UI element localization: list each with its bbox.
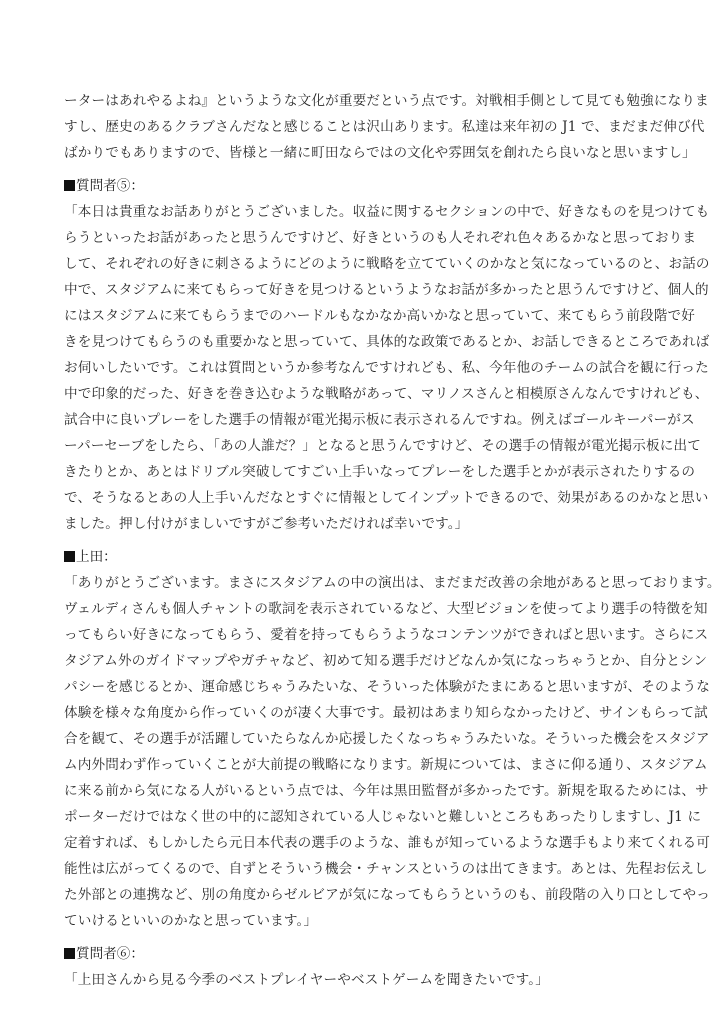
document-page: ーターはあれやるよね』というような文化が重要だという点です。対戦相手側として見て… [64, 88, 664, 993]
text-line: ーターはあれやるよね』というような文化が重要だという点です。対戦相手側として見て… [64, 88, 664, 114]
speaker-heading: 質問者⑥： [64, 941, 664, 967]
text-line: パシーを感じるとか、運命感じちゃうみたいな、そういった体験がたまにあると思います… [64, 674, 664, 700]
text-line: すし、歴史のあるクラブさんだなと感じることは沢山あります。私達は来年初の J1 … [64, 114, 664, 140]
speaker-label: 質問者⑤： [76, 178, 144, 194]
text-line: で、そうなるとあの人上手いんだなとすぐに情報としてインプットできるので、効果があ… [64, 485, 664, 511]
ueda-answer-section: 上田： 「ありがとうございます。まさにスタジアムの中の演出は、まだまだ改善の余地… [64, 544, 664, 934]
text-line: ばかりでもありますので、皆様と一緒に町田ならではの文化や雰囲気を創れたら良いなと… [64, 140, 664, 166]
speaker-heading: 質問者⑤： [64, 173, 664, 199]
speaker-heading: 上田： [64, 544, 664, 570]
text-line: らうといったお話があったと思うんですけど、好きというのも人それぞれ色々あるかなと… [64, 225, 664, 251]
text-line: ってもらい好きになってもらう、愛着を持ってもらうようなコンテンツができればと思い… [64, 622, 664, 648]
text-line: お伺いしたいです。これは質問というか参考なんですけれども、私、今年他のチームの試… [64, 355, 664, 381]
text-line: 「上田さんから見る今季のベストプレイヤーやベストゲームを聞きたいです。」 [64, 967, 664, 993]
text-line: ム内外問わず作っていくことが大前提の戦略になります。新規については、まさに仰る通… [64, 752, 664, 778]
speaker-label: 質問者⑥： [76, 946, 144, 962]
text-line: きたりとか、あとはドリブル突破してすごい上手いなってプレーをした選手とかが表示さ… [64, 459, 664, 485]
text-line: にはスタジアムに来てもらうまでのハードルもなかなか高いかなと思っていて、来てもら… [64, 303, 664, 329]
spacer [64, 934, 664, 941]
text-line: 試合中に良いプレーをした選手の情報が電光掲示板に表示されるんですね。例えばゴール… [64, 407, 664, 433]
spacer [64, 537, 664, 544]
text-line: ーパーセーブをしたら、「あの人誰だ？」となると思うんですけど、その選手の情報が電… [64, 433, 664, 459]
black-square-icon [64, 180, 75, 191]
text-line: 定着すれば、もしかしたら元日本代表の選手のような、誰もが知っているような選手もよ… [64, 830, 664, 856]
text-line: ました。押し付けがましいですがご参考いただければ幸いです。」 [64, 511, 664, 537]
text-line: 体験を様々な角度から作っていくのが凄く大事です。最初はあまり知らなかったけど、サ… [64, 700, 664, 726]
text-line: 中で、スタジアムに来てもらって好きを見つけるというようなお話が多かったと思うんで… [64, 277, 664, 303]
black-square-icon [64, 551, 75, 562]
text-line: 「ありがとうございます。まさにスタジアムの中の演出は、まだまだ改善の余地があると… [64, 570, 664, 596]
text-line: 中で印象的だった、好きを巻き込むような戦略があって、マリノスさんと相模原さんなん… [64, 381, 664, 407]
text-line: ポーターだけではなく世の中的に認知されている人じゃないと難しいところもあったりし… [64, 804, 664, 830]
text-line: ていけるといいのかなと思っています。」 [64, 908, 664, 934]
text-line: ヴェルディさんも個人チャントの歌詞を表示されているなど、大型ビジョンを使ってより… [64, 596, 664, 622]
questioner-6-section: 質問者⑥： 「上田さんから見る今季のベストプレイヤーやベストゲームを聞きたいです… [64, 941, 664, 993]
black-square-icon [64, 948, 75, 959]
text-line: 「本日は貴重なお話ありがとうございました。収益に関するセクションの中で、好きなも… [64, 199, 664, 225]
speaker-label: 上田： [76, 549, 117, 565]
text-line: 能性は広がってくるので、自ずとそういう機会・チャンスというのは出てきます。あとは… [64, 856, 664, 882]
questioner-5-section: 質問者⑤： 「本日は貴重なお話ありがとうございました。収益に関するセクションの中… [64, 173, 664, 537]
text-line: 合を観て、その選手が活躍していたらなんか応援したくなっちゃうみたいな。そういった… [64, 726, 664, 752]
spacer [64, 166, 664, 173]
text-line: タジアム外のガイドマップやガチャなど、初めて知る選手だけどなんか気になっちゃうと… [64, 648, 664, 674]
text-line: た外部との連携など、別の角度からゼルビアが気になってもらうというのも、前段階の入… [64, 882, 664, 908]
text-line: きを見つけてもらうのも重要かなと思っていて、具体的な政策であるとか、お話しできる… [64, 329, 664, 355]
text-line: して、それぞれの好きに刺さるようにどのように戦略を立てていくのかなと気になってい… [64, 251, 664, 277]
continuation-paragraph: ーターはあれやるよね』というような文化が重要だという点です。対戦相手側として見て… [64, 88, 664, 166]
text-line: に来る前から気になる人がいるという点では、今年は黒田監督が多かったです。新規を取… [64, 778, 664, 804]
